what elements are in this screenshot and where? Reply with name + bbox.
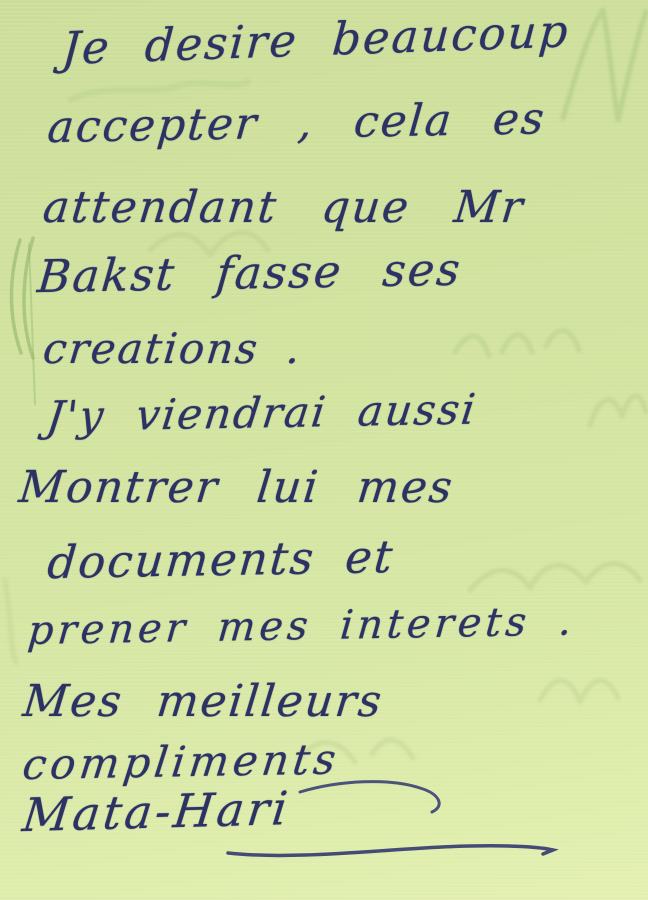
letter-line-5: creations . xyxy=(41,324,305,373)
letter-line-7: Montrer lui mes xyxy=(17,462,457,513)
signature-overline xyxy=(300,782,439,812)
letter-line-4: Bakst fasse ses xyxy=(35,243,464,303)
signature-flourish-line xyxy=(228,846,553,856)
margin-mark-arc xyxy=(24,238,33,358)
ghost-stroke xyxy=(563,10,646,120)
letter-page: Je desire beaucoup accepter , cela es at… xyxy=(0,0,648,900)
ghost-stroke xyxy=(70,82,248,100)
letter-line-2: accepter , cela es xyxy=(46,93,548,153)
signature: Mata-Hari xyxy=(20,781,293,842)
letter-line-10: Mes meilleurs xyxy=(21,676,386,727)
ghost-stroke xyxy=(470,564,640,590)
margin-marks xyxy=(12,238,36,404)
letter-line-1: Je desire beaucoup xyxy=(60,4,571,75)
letter-line-8: documents et xyxy=(45,530,396,589)
ghost-stroke xyxy=(540,680,618,702)
letter-line-11: compliments xyxy=(20,734,343,789)
letter-line-3: attendant que Mr xyxy=(41,182,527,233)
letter-line-9: prener mes interets . xyxy=(26,598,578,654)
margin-mark-line xyxy=(29,244,35,404)
letter-line-6: J'y viendrai aussi xyxy=(44,384,480,441)
ghost-stroke xyxy=(5,580,16,662)
margin-mark-arc xyxy=(12,240,22,353)
ghost-stroke xyxy=(455,331,579,356)
ghost-stroke xyxy=(590,396,646,425)
